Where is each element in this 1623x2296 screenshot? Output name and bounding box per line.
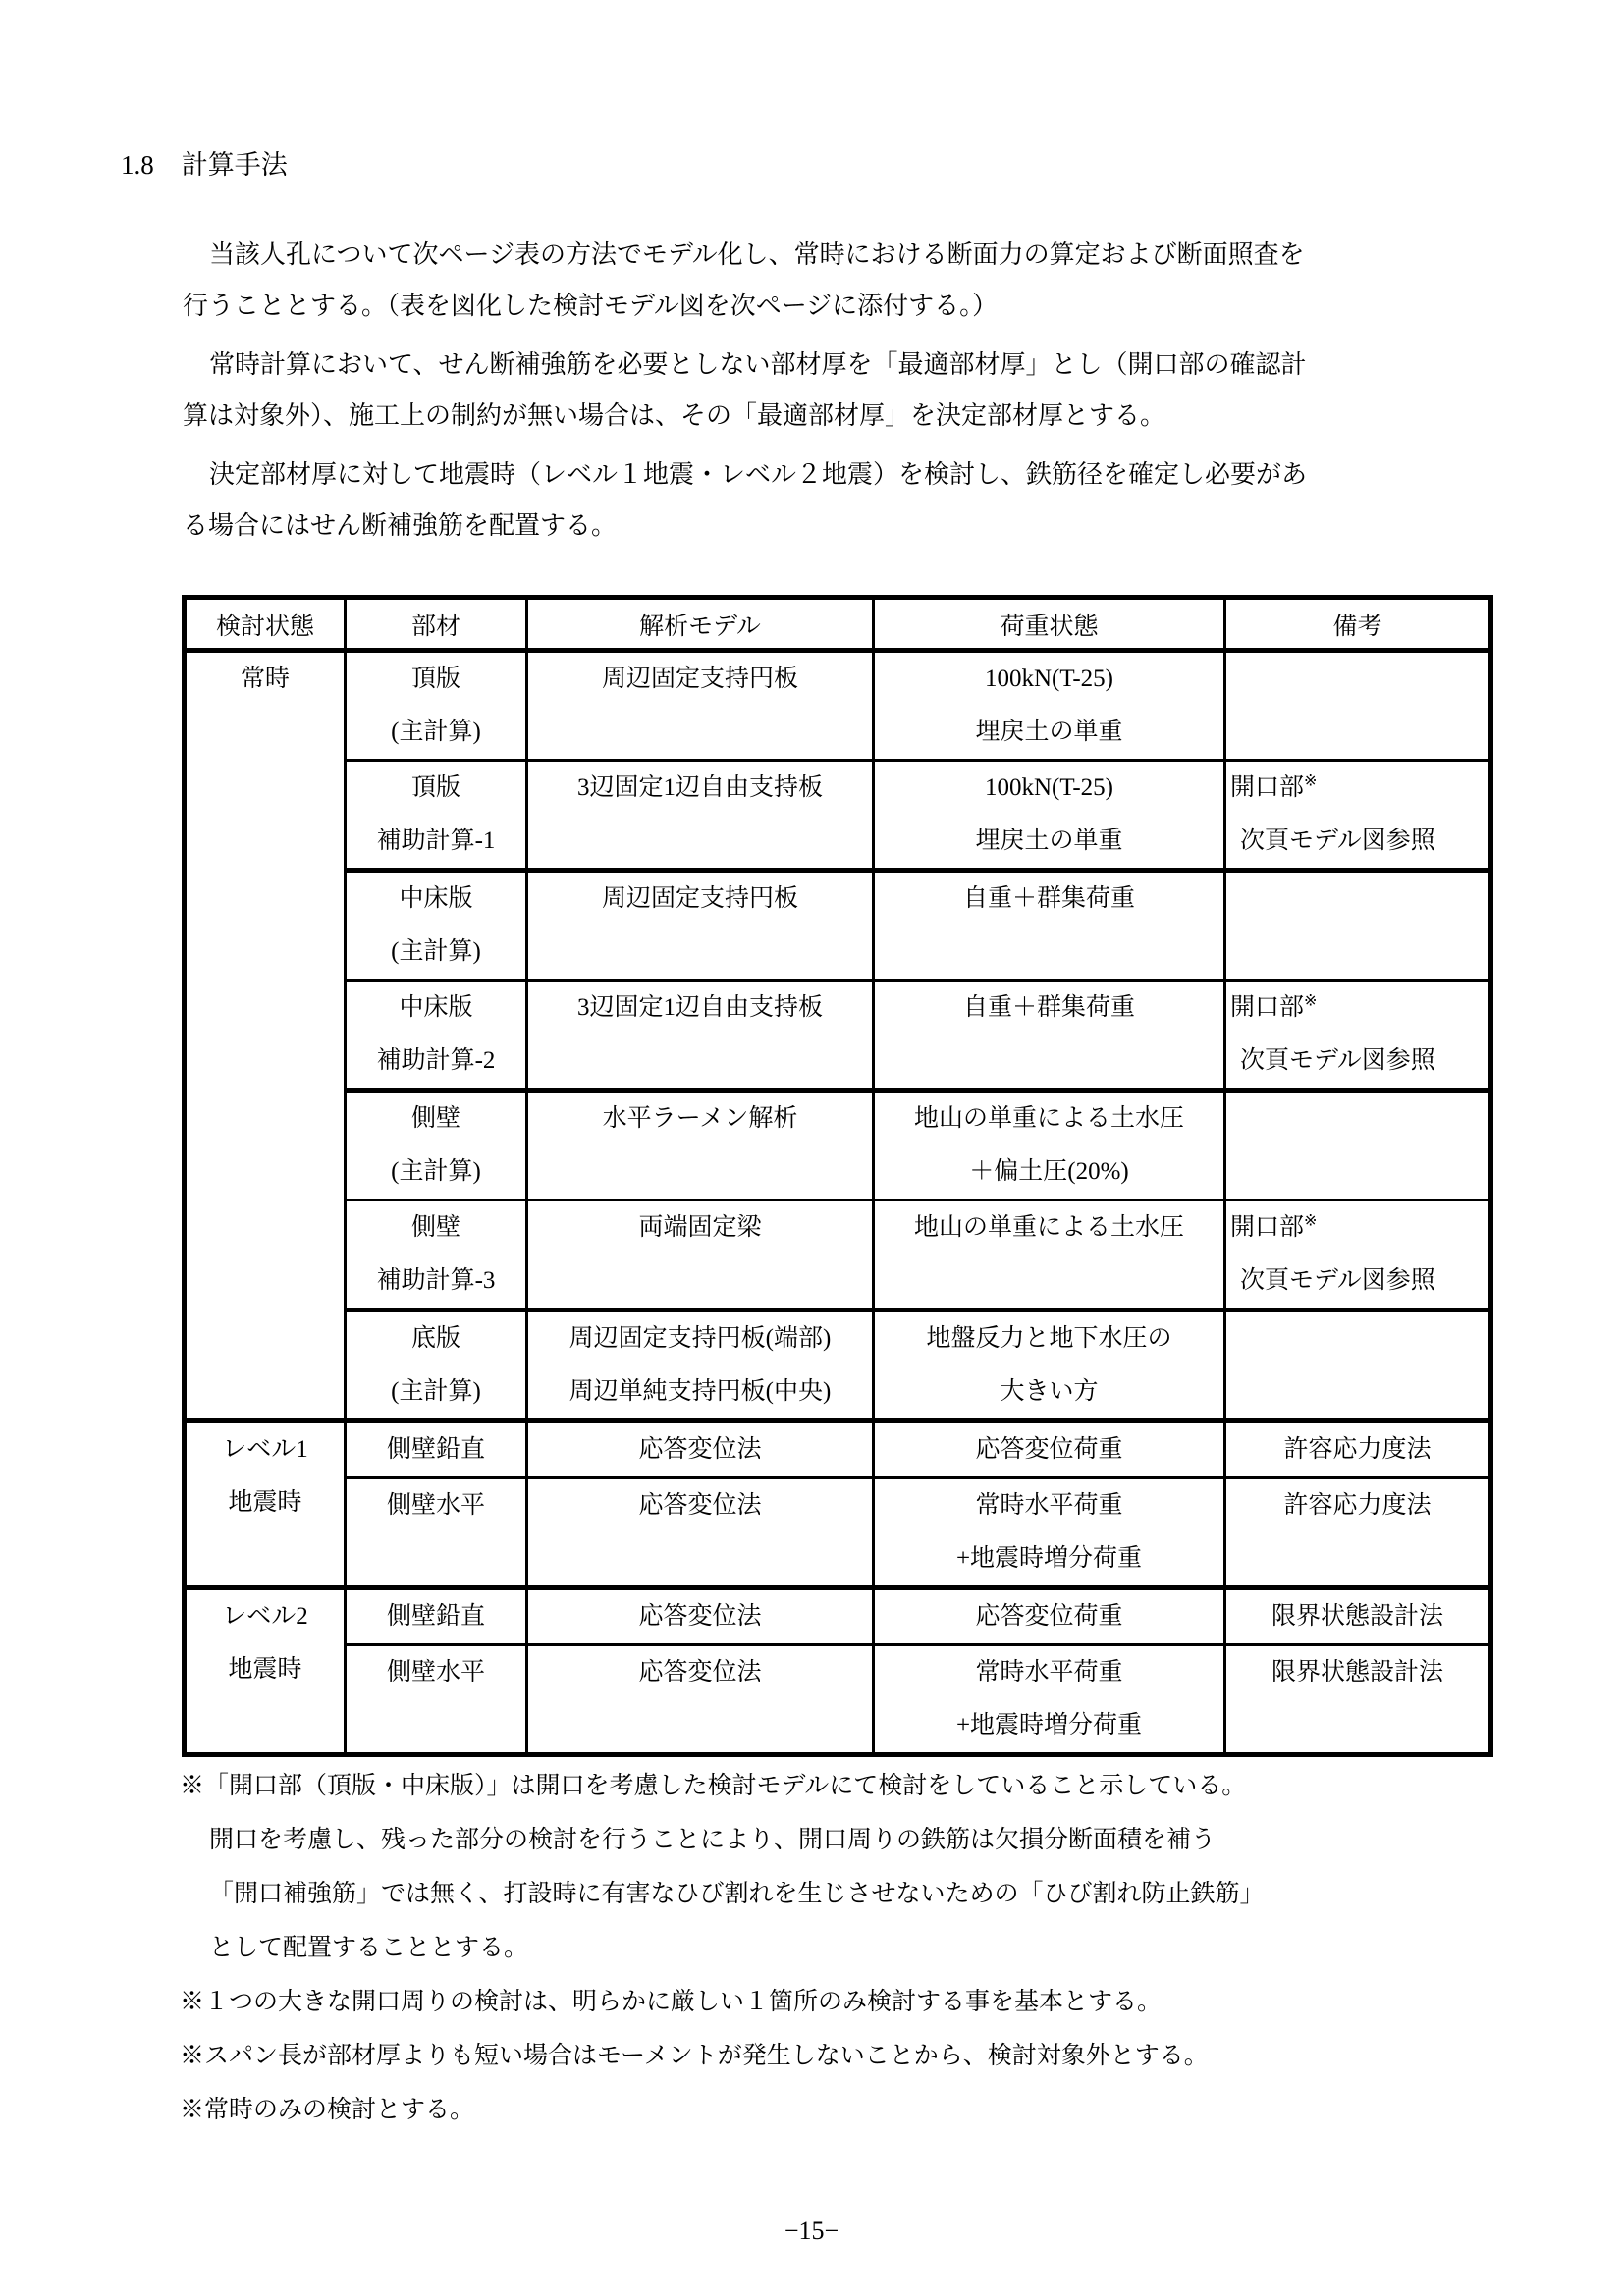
load-cell: 自重＋群集荷重 — [874, 871, 1225, 981]
load-cell: 地盤反力と地下水圧の 大きい方 — [874, 1310, 1225, 1421]
column-header-remarks: 備考 — [1225, 598, 1491, 651]
remarks-cell: 開口部※ 次頁モデル図参照 — [1225, 1201, 1491, 1310]
remarks-cell: 開口部※ 次頁モデル図参照 — [1225, 761, 1491, 871]
member-cell: 頂版 (主計算) — [346, 651, 527, 761]
model-cell: 応答変位法 — [527, 1421, 874, 1478]
page-number: −15− — [0, 2216, 1623, 2246]
column-header-state: 検討状態 — [185, 598, 346, 651]
note-marker: ※ — [180, 2043, 204, 2069]
model-cell: 応答変位法 — [527, 1478, 874, 1588]
load-cell: 常時水平荷重 +地震時増分荷重 — [874, 1645, 1225, 1755]
table-row: 頂版 補助計算-1 3辺固定1辺自由支持板 100kN(T-25) 埋戻土の単重… — [185, 761, 1491, 871]
table-row: 側壁水平 応答変位法 常時水平荷重 +地震時増分荷重 許容応力度法 — [185, 1478, 1491, 1588]
table-header-row: 検討状態 部材 解析モデル 荷重状態 備考 — [185, 598, 1491, 651]
state-cell: レベル2 地震時 — [185, 1588, 346, 1755]
load-cell: 自重＋群集荷重 — [874, 981, 1225, 1091]
load-cell: 応答変位荷重 — [874, 1588, 1225, 1645]
remarks-cell — [1225, 871, 1491, 981]
load-cell: 応答変位荷重 — [874, 1421, 1225, 1478]
reference-mark: ※ — [1304, 993, 1317, 1010]
model-cell: 周辺固定支持円板 — [527, 651, 874, 761]
note-line: として配置することとする。 — [180, 1921, 1554, 1975]
section-title: 1.8計算手法 — [121, 143, 288, 182]
paragraph: 常時計算において、せん断補強筋を必要としない部材厚を「最適部材厚」とし（開口部の… — [183, 340, 1518, 442]
note-line: ※１つの大きな開口周りの検討は、明らかに厳しい１箇所のみ検討する事を基本とする。 — [180, 1975, 1554, 2029]
note-marker: ※ — [180, 2097, 204, 2123]
table-row: 中床版 (主計算) 周辺固定支持円板 自重＋群集荷重 — [185, 871, 1491, 981]
remarks-cell: 開口部※ 次頁モデル図参照 — [1225, 981, 1491, 1091]
member-cell: 側壁水平 — [346, 1478, 527, 1588]
table-row: 側壁 補助計算-3 両端固定梁 地山の単重による土水圧 開口部※ 次頁モデル図参… — [185, 1201, 1491, 1310]
table-row: レベル2 地震時 側壁鉛直 応答変位法 応答変位荷重 限界状態設計法 — [185, 1588, 1491, 1645]
paragraph-line: 算は対象外）、施工上の制約が無い場合は、その「最適部材厚」を決定部材厚とする。 — [183, 391, 1518, 442]
reference-mark: ※ — [1304, 1213, 1317, 1230]
member-cell: 側壁 補助計算-3 — [346, 1201, 527, 1310]
note-line: ※スパン長が部材厚よりも短い場合はモーメントが発生しないことから、検討対象外とす… — [180, 2029, 1554, 2083]
calculation-methods-table: 検討状態 部材 解析モデル 荷重状態 備考 常時 頂版 (主計算) 周辺固定支持… — [182, 595, 1493, 1757]
remarks-cell: 限界状態設計法 — [1225, 1645, 1491, 1755]
member-cell: 頂版 補助計算-1 — [346, 761, 527, 871]
document-page: 1.8計算手法 当該人孔について次ページ表の方法でモデル化し、常時における断面力… — [0, 0, 1623, 2296]
load-cell: 100kN(T-25) 埋戻土の単重 — [874, 651, 1225, 761]
state-cell: レベル1 地震時 — [185, 1421, 346, 1588]
table-row: 側壁 (主計算) 水平ラーメン解析 地山の単重による土水圧 ＋偏土圧(20%) — [185, 1091, 1491, 1201]
load-cell: 地山の単重による土水圧 — [874, 1201, 1225, 1310]
member-cell: 側壁鉛直 — [346, 1421, 527, 1478]
member-cell: 底版 (主計算) — [346, 1310, 527, 1421]
member-cell: 側壁鉛直 — [346, 1588, 527, 1645]
column-header-member: 部材 — [346, 598, 527, 651]
model-cell: 応答変位法 — [527, 1588, 874, 1645]
load-cell: 地山の単重による土水圧 ＋偏土圧(20%) — [874, 1091, 1225, 1201]
model-cell: 周辺固定支持円板(端部) 周辺単純支持円板(中央) — [527, 1310, 874, 1421]
model-cell: 応答変位法 — [527, 1645, 874, 1755]
note-marker: ※ — [180, 1989, 204, 2015]
note-line: 開口を考慮し、残った部分の検討を行うことにより、開口周りの鉄筋は欠損分断面積を補… — [180, 1813, 1554, 1867]
model-cell: 周辺固定支持円板 — [527, 871, 874, 981]
load-cell: 常時水平荷重 +地震時増分荷重 — [874, 1478, 1225, 1588]
paragraph-line: 行うこととする。（表を図化した検討モデル図を次ページに添付する。） — [183, 281, 1518, 332]
section-title-text: 計算手法 — [182, 150, 288, 180]
body-text: 当該人孔について次ページ表の方法でモデル化し、常時における断面力の算定および断面… — [183, 230, 1518, 552]
table-row: 常時 頂版 (主計算) 周辺固定支持円板 100kN(T-25) 埋戻土の単重 — [185, 651, 1491, 761]
note-line: ※常時のみの検討とする。 — [180, 2083, 1554, 2137]
paragraph-line: 当該人孔について次ページ表の方法でモデル化し、常時における断面力の算定および断面… — [183, 230, 1518, 281]
note-line: ※「開口部（頂版・中床版）」は開口を考慮した検討モデルにて検討をしていること示し… — [180, 1759, 1554, 1813]
member-cell: 中床版 (主計算) — [346, 871, 527, 981]
state-cell: 常時 — [185, 651, 346, 1421]
member-cell: 中床版 補助計算-2 — [346, 981, 527, 1091]
note-line: 「開口補強筋」では無く、打設時に有害なひび割れを生じさせないための「ひび割れ防止… — [180, 1867, 1554, 1921]
model-cell: 両端固定梁 — [527, 1201, 874, 1310]
section-number: 1.8 — [121, 150, 154, 180]
table-row: レベル1 地震時 側壁鉛直 応答変位法 応答変位荷重 許容応力度法 — [185, 1421, 1491, 1478]
remarks-cell: 許容応力度法 — [1225, 1478, 1491, 1588]
paragraph: 決定部材厚に対して地震時（レベル１地震・レベル２地震）を検討し、鉄筋径を確定し必… — [183, 450, 1518, 552]
paragraph-line: 常時計算において、せん断補強筋を必要としない部材厚を「最適部材厚」とし（開口部の… — [183, 340, 1518, 391]
footnotes: ※「開口部（頂版・中床版）」は開口を考慮した検討モデルにて検討をしていること示し… — [180, 1759, 1554, 2137]
load-cell: 100kN(T-25) 埋戻土の単重 — [874, 761, 1225, 871]
model-cell: 水平ラーメン解析 — [527, 1091, 874, 1201]
column-header-load: 荷重状態 — [874, 598, 1225, 651]
remarks-cell — [1225, 1310, 1491, 1421]
table-row: 中床版 補助計算-2 3辺固定1辺自由支持板 自重＋群集荷重 開口部※ 次頁モデ… — [185, 981, 1491, 1091]
remarks-cell: 限界状態設計法 — [1225, 1588, 1491, 1645]
member-cell: 側壁 (主計算) — [346, 1091, 527, 1201]
model-cell: 3辺固定1辺自由支持板 — [527, 981, 874, 1091]
column-header-model: 解析モデル — [527, 598, 874, 651]
paragraph-line: る場合にはせん断補強筋を配置する。 — [183, 501, 1518, 552]
reference-mark: ※ — [1304, 774, 1317, 790]
member-cell: 側壁水平 — [346, 1645, 527, 1755]
remarks-cell — [1225, 1091, 1491, 1201]
remarks-cell: 許容応力度法 — [1225, 1421, 1491, 1478]
model-cell: 3辺固定1辺自由支持板 — [527, 761, 874, 871]
table-row: 側壁水平 応答変位法 常時水平荷重 +地震時増分荷重 限界状態設計法 — [185, 1645, 1491, 1755]
paragraph-line: 決定部材厚に対して地震時（レベル１地震・レベル２地震）を検討し、鉄筋径を確定し必… — [183, 450, 1518, 501]
paragraph: 当該人孔について次ページ表の方法でモデル化し、常時における断面力の算定および断面… — [183, 230, 1518, 332]
note-marker: ※ — [180, 1773, 204, 1799]
table-row: 底版 (主計算) 周辺固定支持円板(端部) 周辺単純支持円板(中央) 地盤反力と… — [185, 1310, 1491, 1421]
remarks-cell — [1225, 651, 1491, 761]
